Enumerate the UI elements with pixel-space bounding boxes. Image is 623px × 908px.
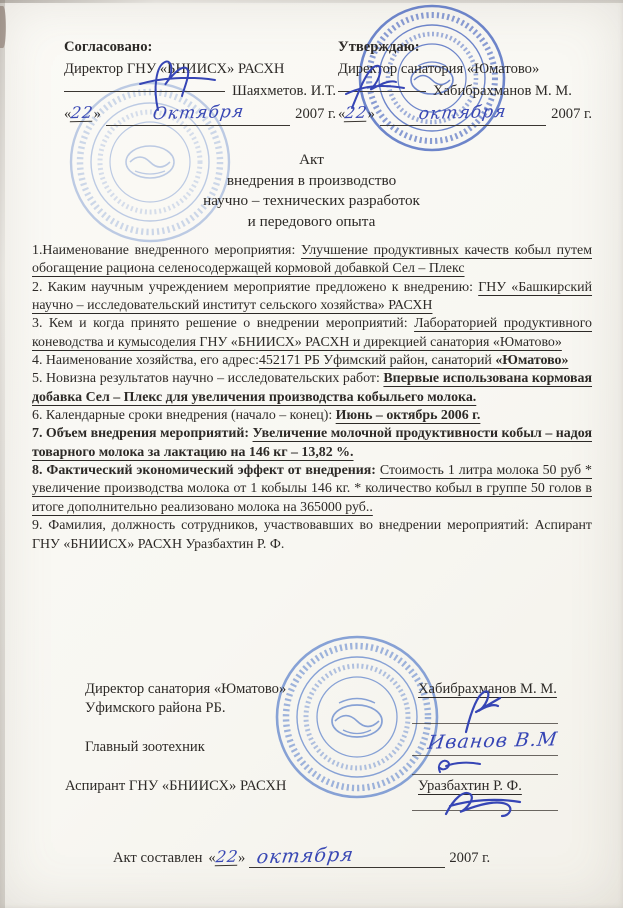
approved-title: Утверждаю: [338,36,592,58]
item-8-label: 8. Фактический экономический эффект от в… [32,463,380,478]
scan-edge-top [0,0,623,3]
scan-edge-left [0,0,5,908]
item-2: 2. Каким научным учреждением мероприятие… [32,279,592,316]
item-3: 3. Кем и когда принято решение о внедрен… [32,315,592,352]
document-body: 1.Наименование внедренного мероприятия: … [32,242,592,554]
month-underline: октября [249,845,445,868]
item-7: 7. Объем внедрения мероприятий: Увеличен… [32,425,592,462]
title-line-2: внедрения в производство [0,171,623,192]
item-5-label: 5. Новизна результатов научно – исследов… [32,371,383,386]
handwritten-day: 22 [214,847,239,867]
pen-signature-right [342,60,427,112]
approved-name: Хабибрахманов М. М. [433,80,572,102]
pen-signature-director [448,688,518,734]
aspirant-title: Аспирант ГНУ «БНИИСХ» РАСХН [65,777,286,796]
item-9-label: 9. Фамилия, должность сотрудников, участ… [32,518,535,533]
round-stamp-yumatovo-bottom [273,633,441,801]
item-3-label: 3. Кем и когда принято решение о внедрен… [32,316,414,331]
year-label: 2007 г. [449,850,490,867]
pen-initials-zootech [432,756,484,776]
handwritten-month: октября [418,101,509,125]
pen-signature-left [120,58,235,116]
agreed-name: Шаяхметов. И.Т. [232,80,336,102]
item-1-label: 1.Наименование внедренного мероприятия: [32,243,301,258]
item-6: 6. Календарные сроки внедрения (начало –… [32,407,592,425]
director-title-line2: Уфимского района РБ. [85,699,226,718]
signature-line [412,774,558,775]
title-line-4: и передового опыта [0,212,623,233]
handwritten-zootech-name: Иванов В.М [426,728,559,753]
item-6-value: Июнь – октябрь 2006 г. [336,408,481,423]
item-5: 5. Новизна результатов научно – исследов… [32,370,592,407]
scanned-document-page: Согласовано: Директор ГНУ «БНИИСХ» РАСХН… [0,0,623,908]
item-4-value: 452171 РБ Уфимский район, санаторий [259,353,495,368]
zootechnician-title: Главный зоотехник [85,738,205,757]
item-4-value-bold: «Юматово» [495,353,568,368]
agreed-title: Согласовано: [64,36,336,58]
item-7-label: 7. Объем внедрения мероприятий: [32,426,253,441]
scan-smudge [0,6,6,48]
quote-close: » [238,850,245,867]
title-line-3: научно – технических разработок [0,191,623,212]
year-label: 2007 г. [551,103,592,125]
quote-close: » [94,103,101,125]
director-title-line1: Директор санатория «Юматово» [85,680,286,699]
item-4: 4. Наименование хозяйства, его адрес:452… [32,352,592,370]
item-6-label: 6. Календарные сроки внедрения (начало –… [32,408,336,423]
pen-signature-aspirant [440,786,528,820]
item-9: 9. Фамилия, должность сотрудников, участ… [32,517,592,554]
item-4-label: 4. Наименование хозяйства, его адрес: [32,353,259,368]
footer-text: Акт составлен [113,850,202,867]
document-title: Акт внедрения в производство научно – те… [0,150,623,232]
item-2-label: 2. Каким научным учреждением мероприятие… [32,280,478,295]
handwritten-month: октября [256,844,356,869]
item-1: 1.Наименование внедренного мероприятия: … [32,242,592,279]
item-8: 8. Фактический экономический эффект от в… [32,462,592,517]
handwritten-day: 22 [70,102,95,125]
year-label: 2007 г. [295,103,336,125]
footer-date-line: Акт составлен « 22 » октября 2007 г. [113,845,513,868]
title-line-1: Акт [0,150,623,171]
